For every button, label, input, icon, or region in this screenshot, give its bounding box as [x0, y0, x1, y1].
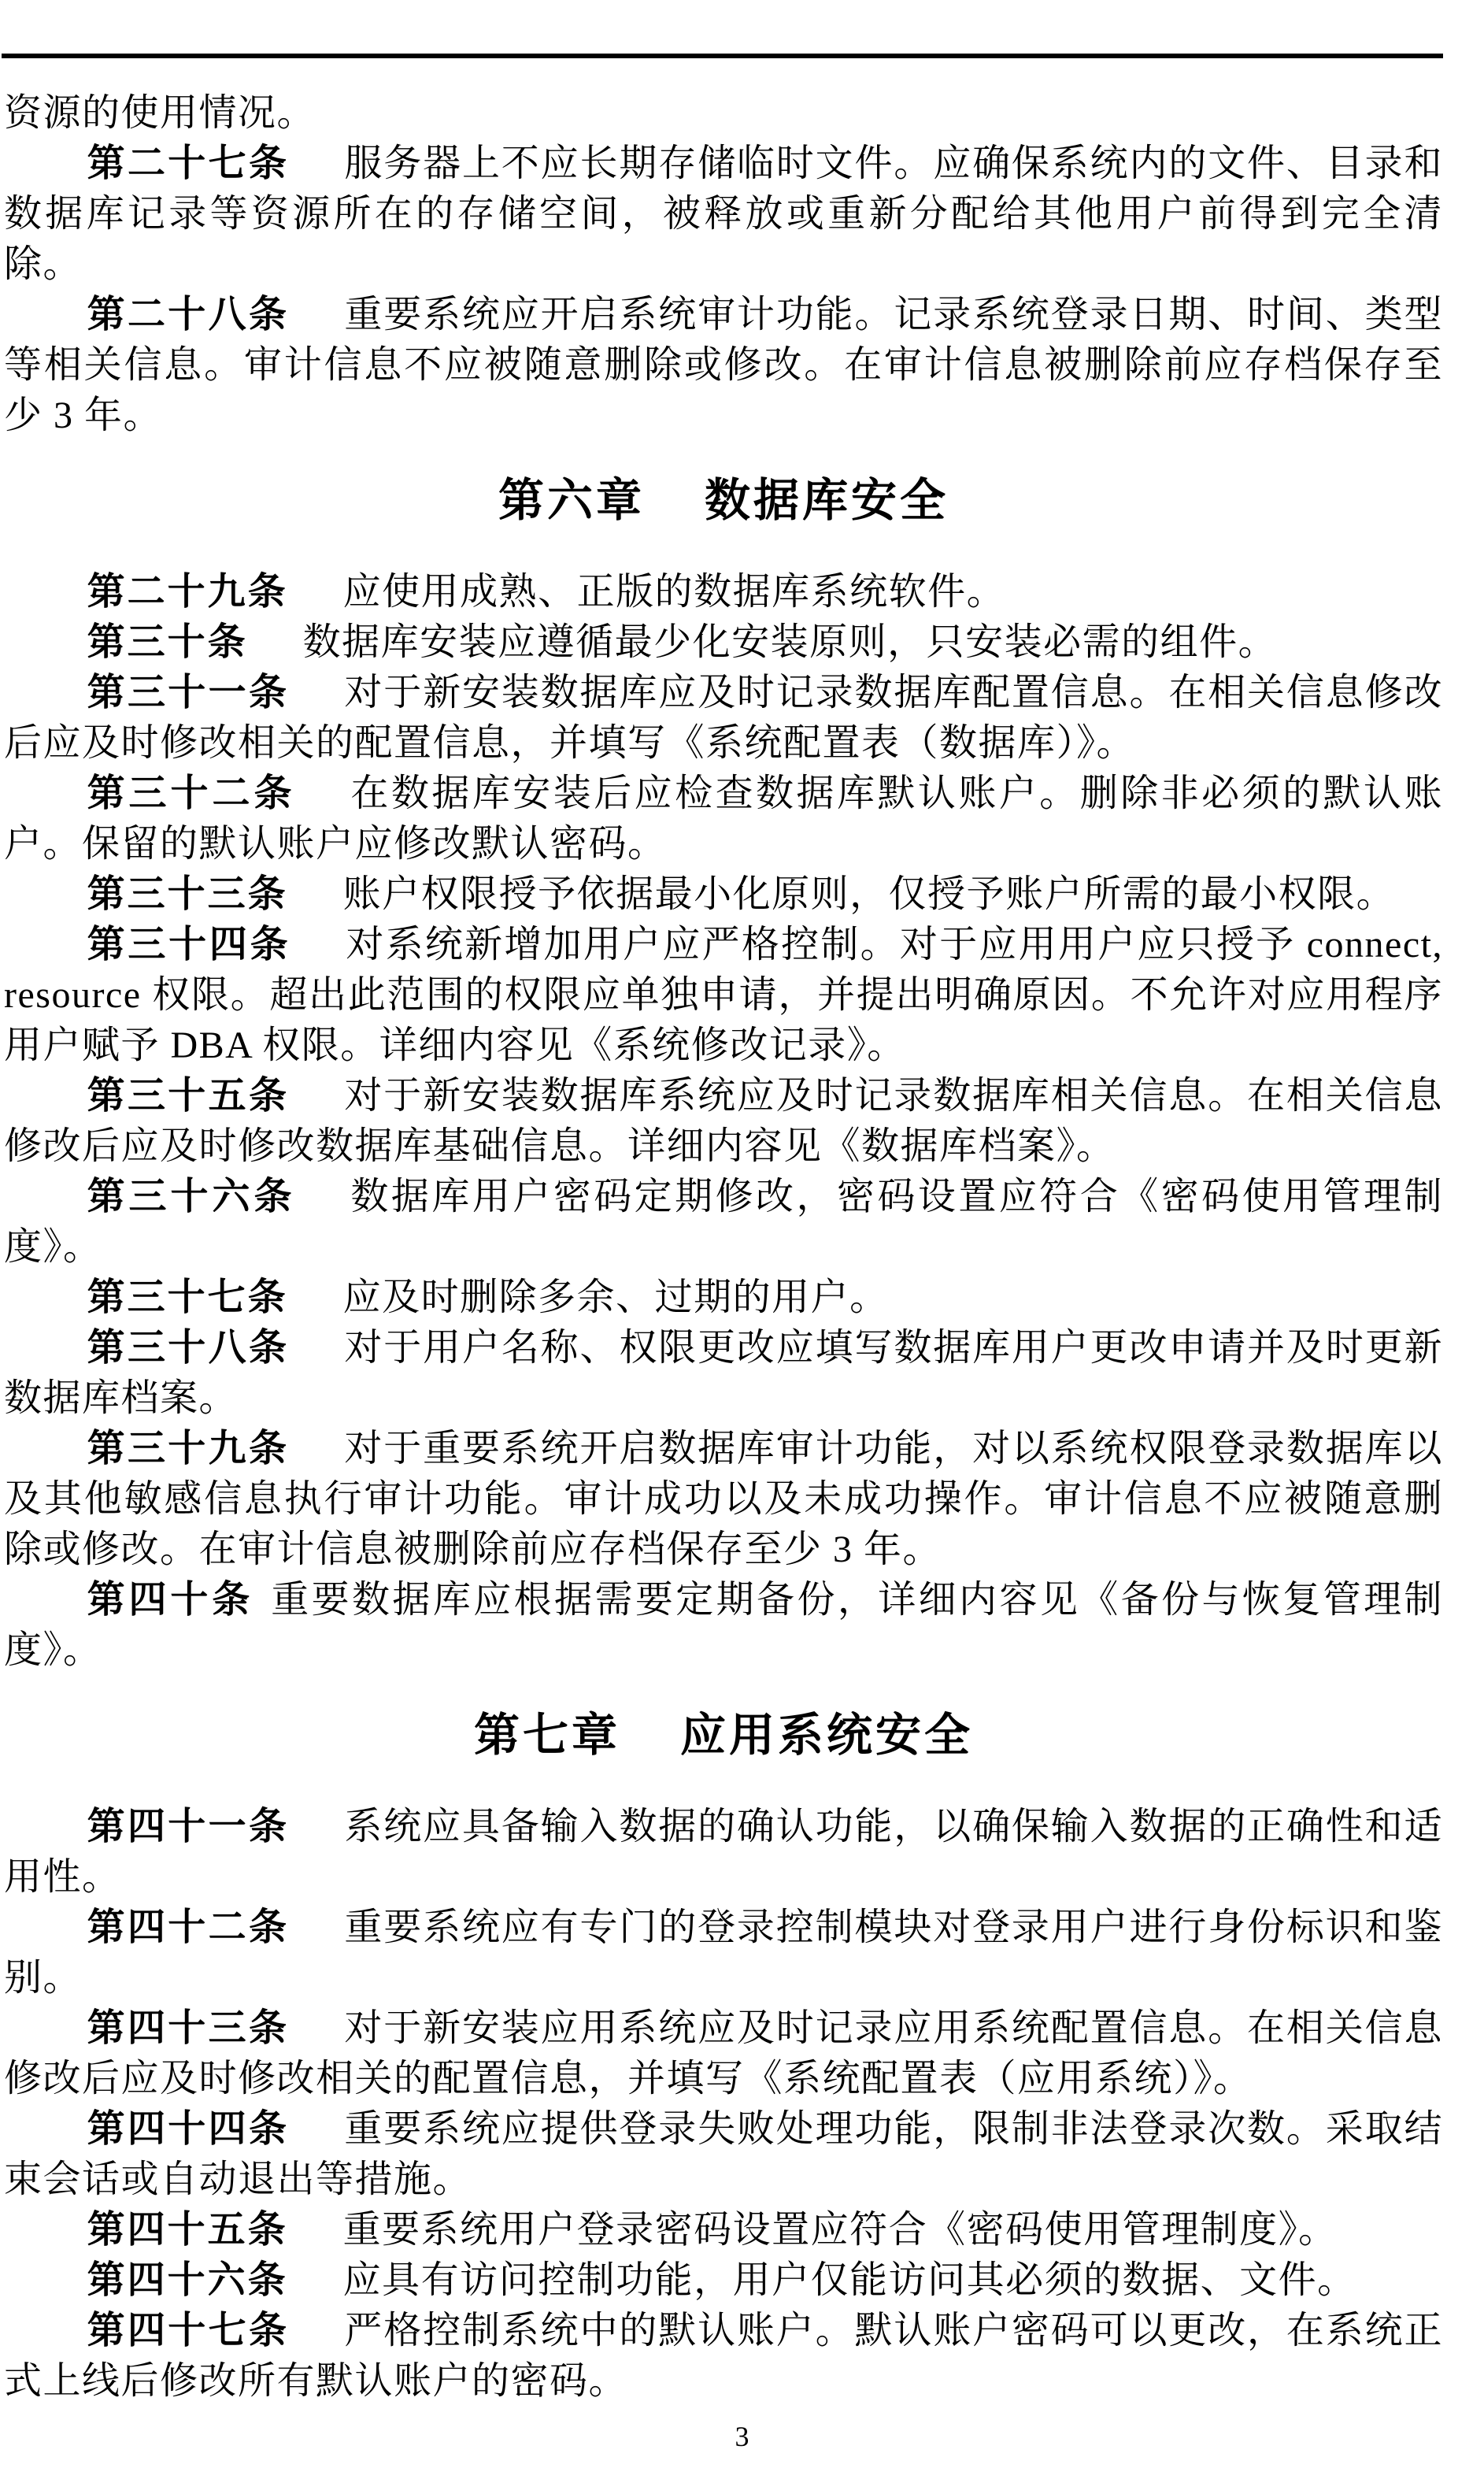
article-number: 第四十条 — [87, 1579, 254, 1621]
article-paragraph: 第二十九条应使用成熟、正版的数据库系统软件。 — [4, 567, 1443, 617]
chapter-title: 数据库安全 — [705, 475, 949, 526]
article-text: 账户权限授予依据最小化原则，仅授予账户所需的最小权限。 — [343, 873, 1396, 915]
paragraph-text: 资源的使用情况。 — [4, 92, 316, 134]
article-paragraph: 第三十条数据库安装应遵循最少化安装原则，只安装必需的组件。 — [4, 617, 1443, 668]
document-body: 资源的使用情况。 第二十七条服务器上不应长期存储临时文件。应确保系统内的文件、目… — [4, 88, 1443, 2407]
article-paragraph: 第三十六条数据库用户密码定期修改，密码设置应符合《密码使用管理制度》。 — [4, 1172, 1443, 1273]
article-text: 应及时删除多余、过期的用户。 — [343, 1277, 889, 1318]
article-paragraph: 第三十一条对于新安装数据库应及时记录数据库配置信息。在相关信息修改后应及时修改相… — [4, 668, 1443, 769]
article-number: 第三十九条 — [87, 1428, 290, 1469]
article-paragraph: 第四十二条重要系统应有专门的登录控制模块对登录用户进行身份标识和鉴别。 — [4, 1903, 1443, 2003]
article-paragraph: 第四十三条对于新安装应用系统应及时记录应用系统配置信息。在相关信息修改后应及时修… — [4, 2003, 1443, 2104]
article-paragraph: 第三十五条对于新安装数据库系统应及时记录数据库相关信息。在相关信息修改后应及时修… — [4, 1071, 1443, 1172]
article-number: 第四十四条 — [87, 2108, 290, 2150]
article-number: 第二十八条 — [87, 294, 290, 335]
article-number: 第四十二条 — [87, 1907, 290, 1948]
article-number: 第三十条 — [87, 621, 248, 663]
header-rule — [2, 54, 1443, 58]
article-paragraph: 第三十三条账户权限授予依据最小化原则，仅授予账户所需的最小权限。 — [4, 869, 1443, 920]
article-text: 应具有访问控制功能，用户仅能访问其必须的数据、文件。 — [343, 2259, 1356, 2301]
chapter-heading: 第七章应用系统安全 — [4, 1710, 1443, 1761]
article-paragraph: 第四十四条重要系统应提供登录失败处理功能，限制非法登录次数。采取结束会话或自动退… — [4, 2104, 1443, 2205]
article-number: 第三十一条 — [87, 672, 290, 713]
article-paragraph: 第三十九条对于重要系统开启数据库审计功能，对以系统权限登录数据库以及其他敏感信息… — [4, 1424, 1443, 1575]
article-paragraph: 第三十七条应及时删除多余、过期的用户。 — [4, 1273, 1443, 1323]
article-number: 第三十四条 — [87, 924, 291, 965]
article-number: 第三十二条 — [87, 773, 296, 814]
article-number: 第二十九条 — [87, 571, 288, 613]
article-number: 第二十七条 — [87, 143, 290, 184]
chapter-heading: 第六章数据库安全 — [4, 476, 1443, 526]
article-text: 应使用成熟、正版的数据库系统软件。 — [343, 571, 1006, 613]
article-number: 第四十六条 — [87, 2259, 288, 2301]
article-paragraph: 第二十八条重要系统应开启系统审计功能。记录系统登录日期、时间、类型等相关信息。审… — [4, 290, 1443, 441]
article-number: 第四十七条 — [87, 2310, 290, 2351]
chapter-label: 第七章 — [474, 1710, 620, 1761]
article-number: 第四十五条 — [87, 2209, 288, 2251]
article-number: 第三十三条 — [87, 873, 288, 915]
article-paragraph: 第四十一条系统应具备输入数据的确认功能，以确保输入数据的正确性和适用性。 — [4, 1802, 1443, 1903]
paragraph-continuation: 资源的使用情况。 — [4, 88, 1443, 139]
article-paragraph: 第二十七条服务器上不应长期存储临时文件。应确保系统内的文件、目录和数据库记录等资… — [4, 139, 1443, 290]
article-paragraph: 第四十七条严格控制系统中的默认账户。默认账户密码可以更改，在系统正式上线后修改所… — [4, 2306, 1443, 2407]
document-page: 资源的使用情况。 第二十七条服务器上不应长期存储临时文件。应确保系统内的文件、目… — [0, 0, 1484, 2468]
article-paragraph: 第四十六条应具有访问控制功能，用户仅能访问其必须的数据、文件。 — [4, 2255, 1443, 2306]
article-number: 第四十三条 — [87, 2007, 290, 2049]
article-number: 第三十六条 — [87, 1176, 296, 1217]
article-text: 重要系统用户登录密码设置应符合《密码使用管理制度》。 — [343, 2209, 1338, 2251]
article-number: 第三十八条 — [87, 1327, 290, 1369]
article-paragraph: 第三十四条对系统新增加用户应严格控制。对于应用用户应只授予 connect, r… — [4, 920, 1443, 1071]
article-number: 第三十五条 — [87, 1075, 290, 1117]
chapter-label: 第六章 — [498, 475, 645, 526]
article-paragraph: 第三十八条对于用户名称、权限更改应填写数据库用户更改申请并及时更新数据库档案。 — [4, 1323, 1443, 1424]
article-number: 第四十一条 — [87, 1806, 290, 1847]
article-number: 第三十七条 — [87, 1277, 288, 1318]
page-number: 3 — [0, 2419, 1484, 2454]
article-paragraph: 第四十条重要数据库应根据需要定期备份，详细内容见《备份与恢复管理制度》。 — [4, 1575, 1443, 1676]
article-paragraph: 第四十五条重要系统用户登录密码设置应符合《密码使用管理制度》。 — [4, 2205, 1443, 2255]
article-text: 数据库安装应遵循最少化安装原则，只安装必需的组件。 — [303, 621, 1278, 663]
chapter-title: 应用系统安全 — [680, 1710, 973, 1761]
article-paragraph: 第三十二条在数据库安装后应检查数据库默认账户。删除非必须的默认账户。保留的默认账… — [4, 769, 1443, 869]
